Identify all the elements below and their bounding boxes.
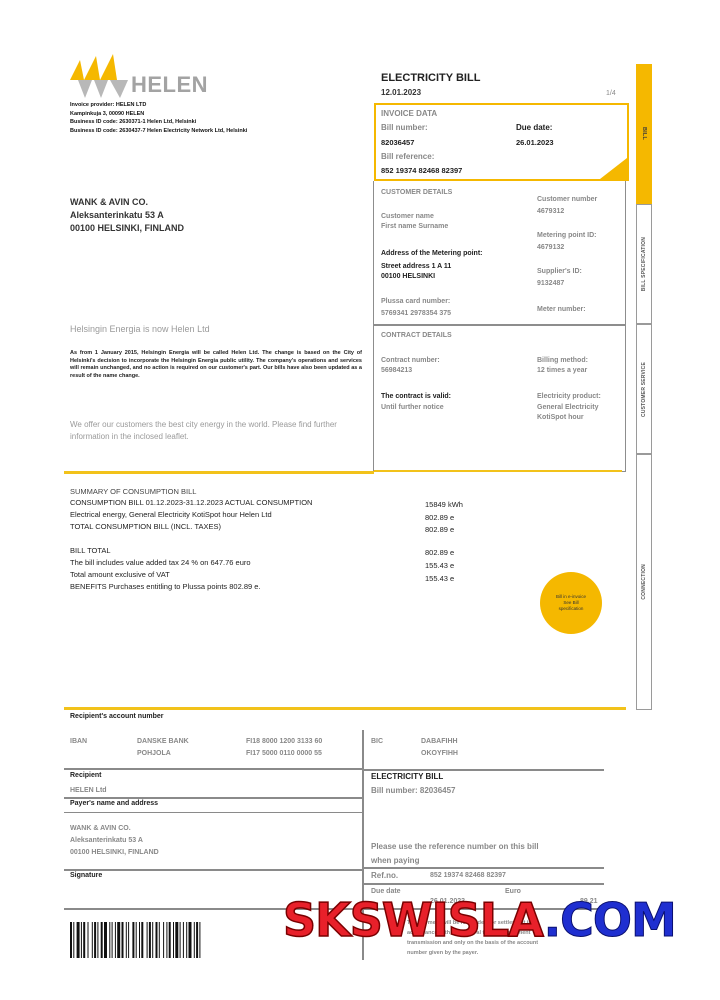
bill-number-value: 82036457 bbox=[381, 137, 414, 148]
metering-point-value: 4679132 bbox=[537, 243, 564, 252]
notice-body: As from 1 January 2015, Helsingin Energi… bbox=[70, 350, 362, 380]
product-line2: KotiSpot hour bbox=[537, 413, 584, 422]
plussa-label: Plussa card number: bbox=[381, 297, 450, 306]
tab-customer-service[interactable]: CUSTOMER SERVICE bbox=[636, 324, 652, 454]
tab-label: CONNECTION bbox=[641, 564, 647, 600]
bill-reference-value: 852 19374 82468 82397 bbox=[381, 165, 462, 176]
document-title: ELECTRICITY BILL bbox=[381, 72, 480, 84]
iban-label: IBAN bbox=[70, 737, 87, 746]
e-invoice-badge: Bill in e-invoice See Bill specification bbox=[540, 572, 602, 634]
page-indicator: 1/4 bbox=[606, 90, 616, 97]
address-line2: Aleksanterinkatu 53 A bbox=[70, 209, 164, 221]
issuer-info: Invoice provider: HELEN LTD Kampinkuja 3… bbox=[70, 101, 360, 135]
summary-row-label: BENEFITS Purchases entitling to Plussa p… bbox=[70, 582, 261, 592]
summary-row-label: Total amount exclusive of VAT bbox=[70, 570, 170, 580]
watermark: SKSWISLA.COM bbox=[283, 893, 676, 947]
supplier-id-label: Supplier's ID: bbox=[537, 267, 582, 276]
slip-line bbox=[362, 867, 604, 869]
ref-value: 852 19374 82468 82397 bbox=[430, 871, 506, 880]
payer-label: Payer's name and address bbox=[70, 799, 158, 808]
summary-row-label: TOTAL CONSUMPTION BILL (INCL. TAXES) bbox=[70, 522, 221, 532]
billing-method-value: 12 times a year bbox=[537, 366, 587, 375]
slip-line bbox=[362, 883, 604, 885]
summary-row-label: The bill includes value added tax 24 % o… bbox=[70, 558, 251, 568]
contract-valid-label: The contract is valid: bbox=[381, 392, 451, 401]
metering-address-label: Address of the Metering point: bbox=[381, 249, 483, 258]
due-date-label: Due date: bbox=[516, 122, 552, 133]
iban-value: FI18 8000 1200 3133 60 bbox=[246, 737, 322, 746]
watermark-red: SKSWISLA bbox=[283, 893, 544, 947]
divider bbox=[373, 324, 626, 326]
bank-name: DANSKE BANK bbox=[137, 737, 189, 746]
issuer-line: Business ID code: 2630437-7 Helen Electr… bbox=[70, 127, 360, 136]
tab-label: BILL SPECIFICATION bbox=[641, 237, 647, 291]
slip-bill-number: Bill number: 82036457 bbox=[371, 785, 455, 796]
slip-line bbox=[64, 812, 362, 813]
bic-value: DABAFIHH bbox=[421, 737, 458, 746]
product-line1: General Electricity bbox=[537, 403, 598, 412]
payer-line3: 00100 HELSINKI, FINLAND bbox=[70, 848, 159, 857]
tab-label: CUSTOMER SERVICE bbox=[641, 362, 647, 417]
customer-number-label: Customer number bbox=[537, 195, 597, 204]
badge-line: specification bbox=[559, 606, 584, 612]
summary-row-value: 802.89 e bbox=[425, 525, 454, 535]
metering-address-line2: 00100 HELSINKI bbox=[381, 272, 435, 281]
ref-label: Ref.no. bbox=[371, 870, 398, 881]
barcode-icon bbox=[70, 922, 280, 958]
terms-line: number given by the payer. bbox=[407, 948, 538, 958]
contract-number-label: Contract number: bbox=[381, 356, 440, 365]
bill-reference-label: Bill reference: bbox=[381, 151, 434, 162]
tab-label: BILL bbox=[641, 127, 647, 140]
metering-address-line1: Street address 1 A 11 bbox=[381, 262, 451, 271]
slip-line bbox=[64, 869, 362, 871]
watermark-blue: .COM bbox=[544, 893, 676, 947]
section-divider bbox=[64, 471, 374, 474]
account-heading: Recipient's account number bbox=[70, 712, 163, 721]
contract-heading: CONTRACT DETAILS bbox=[381, 331, 452, 340]
customer-heading: CUSTOMER DETAILS bbox=[381, 188, 452, 197]
summary-row-value: 155.43 e bbox=[425, 574, 454, 584]
summary-row-label: BILL TOTAL bbox=[70, 546, 111, 556]
customer-name-value: First name Surname bbox=[381, 222, 448, 231]
bic-value: OKOYFIHH bbox=[421, 749, 458, 758]
reference-note: when paying bbox=[371, 855, 419, 866]
summary-row-label: Electrical energy, General Electricity K… bbox=[70, 510, 272, 520]
slip-bill-title: ELECTRICITY BILL bbox=[371, 771, 443, 782]
contract-valid-value: Until further notice bbox=[381, 403, 444, 412]
bill-date: 12.01.2023 bbox=[381, 88, 421, 97]
bill-number-label: Bill number: bbox=[381, 122, 428, 133]
summary-row-value: 802.89 e bbox=[425, 513, 454, 523]
payer-line1: WANK & AVIN CO. bbox=[70, 824, 131, 833]
summary-row-label: CONSUMPTION BILL 01.12.2023-31.12.2023 A… bbox=[70, 498, 312, 508]
customer-number-value: 4679312 bbox=[537, 207, 564, 216]
recipient-label: Recipient bbox=[70, 771, 102, 780]
meter-number-label: Meter number: bbox=[537, 305, 586, 314]
tab-bill[interactable]: BILL bbox=[636, 64, 652, 204]
corner-decoration bbox=[600, 158, 627, 179]
summary-row-value: 802.89 e bbox=[425, 548, 454, 558]
summary-row-value: 155.43 e bbox=[425, 561, 454, 571]
bank-name: POHJOLA bbox=[137, 749, 171, 758]
notice-offer: We offer our customers the best city ene… bbox=[70, 419, 360, 443]
notice-heading: Helsingin Energia is now Helen Ltd bbox=[70, 324, 210, 334]
supplier-id-value: 9132487 bbox=[537, 279, 564, 288]
slip-divider bbox=[64, 707, 626, 710]
bic-label: BIC bbox=[371, 737, 383, 746]
address-line3: 00100 HELSINKI, FINLAND bbox=[70, 222, 184, 234]
summary-row-value: 15849 kWh bbox=[425, 500, 463, 510]
product-label: Electricity product: bbox=[537, 392, 601, 401]
payer-line2: Aleksanterinkatu 53 A bbox=[70, 836, 143, 845]
plussa-value: 5769341 2978354 375 bbox=[381, 309, 451, 318]
recipient-value: HELEN Ltd bbox=[70, 786, 107, 795]
invoice-heading: INVOICE DATA bbox=[381, 108, 437, 119]
signature-label: Signature bbox=[70, 871, 102, 880]
slip-line bbox=[64, 768, 362, 770]
contract-number-value: 56984213 bbox=[381, 366, 412, 375]
tab-bill-specification[interactable]: BILL SPECIFICATION bbox=[636, 204, 652, 324]
issuer-line: Business ID code: 2630371-1 Helen Ltd, H… bbox=[70, 118, 360, 127]
due-date-value: 26.01.2023 bbox=[516, 137, 554, 148]
brand-name: HELEN bbox=[131, 72, 208, 98]
billing-method-label: Billing method: bbox=[537, 356, 588, 365]
tab-connection[interactable]: CONNECTION bbox=[636, 454, 652, 710]
iban-value: FI17 5000 0110 0000 55 bbox=[246, 749, 322, 758]
summary-heading: SUMMARY OF CONSUMPTION BILL bbox=[70, 487, 196, 497]
issuer-line: Invoice provider: HELEN LTD bbox=[70, 101, 360, 110]
issuer-line: Kampinkuja 3, 00090 HELEN bbox=[70, 110, 360, 119]
metering-point-label: Metering point ID: bbox=[537, 231, 597, 240]
customer-name-label: Customer name bbox=[381, 212, 434, 221]
address-line1: WANK & AVIN CO. bbox=[70, 196, 148, 208]
section-divider bbox=[374, 470, 622, 472]
reference-note: Please use the reference number on this … bbox=[371, 841, 539, 852]
